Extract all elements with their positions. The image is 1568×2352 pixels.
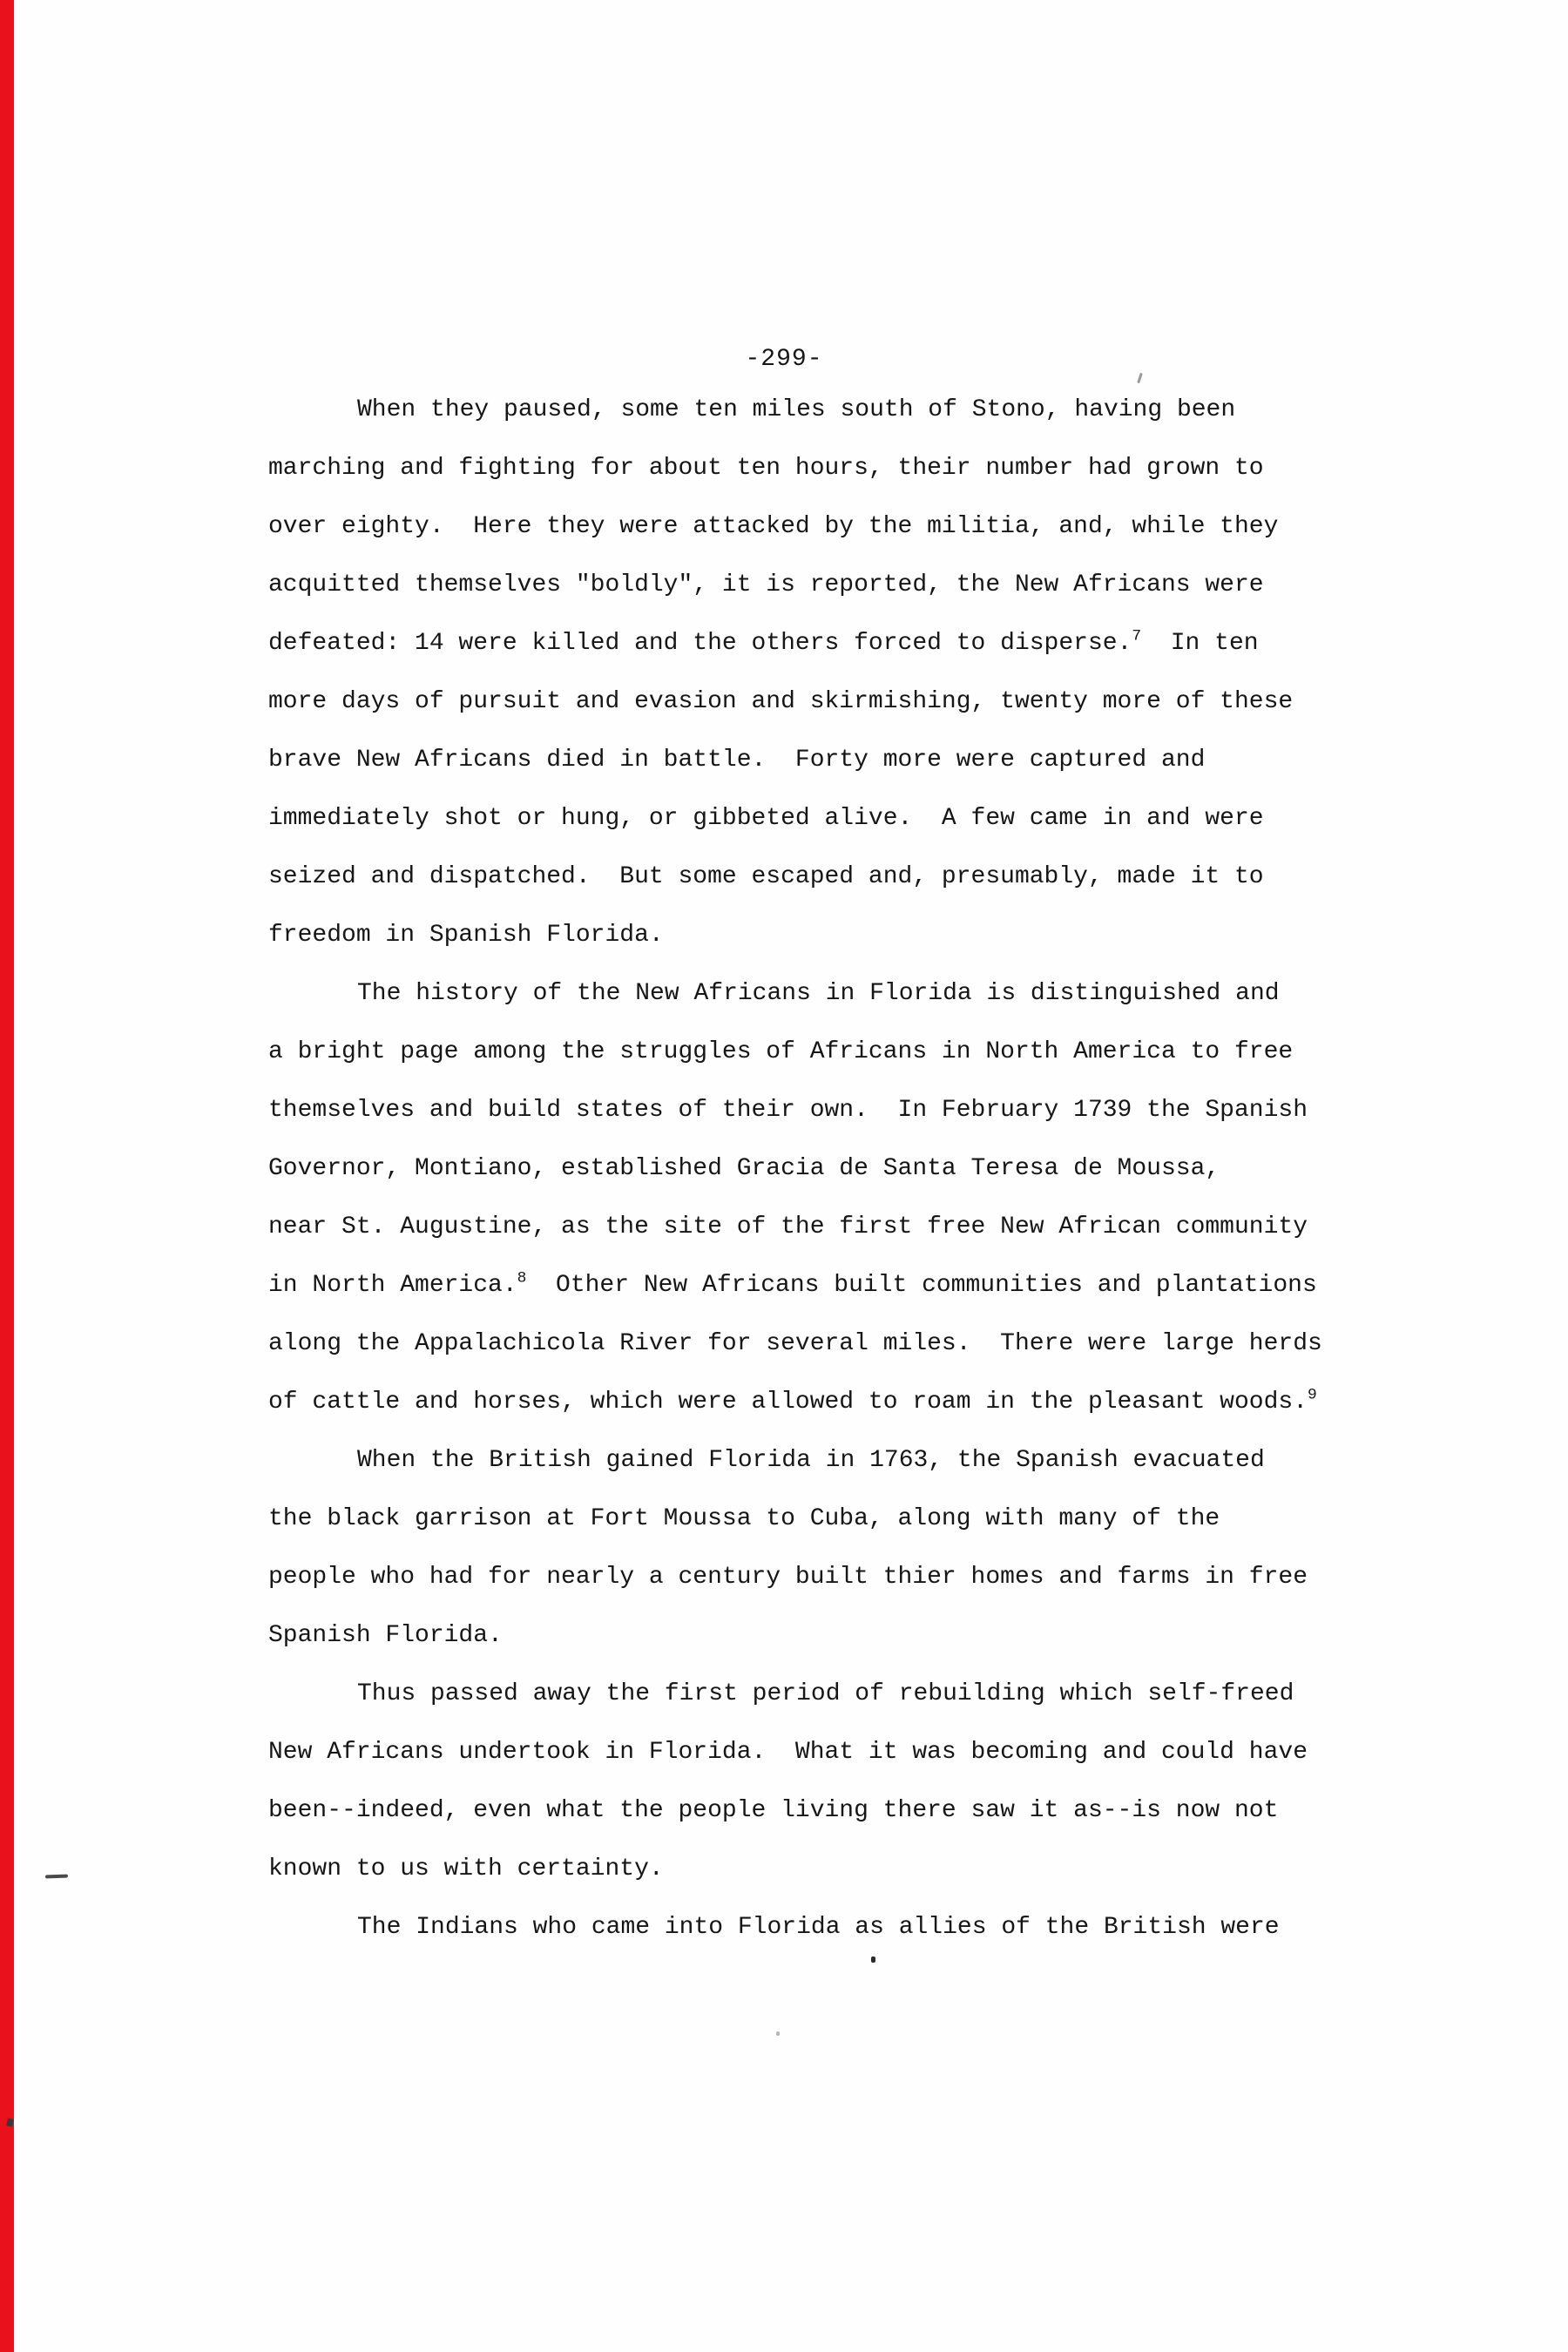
- text-line: a bright page among the struggles of Afr…: [268, 1023, 1401, 1081]
- text-line: defeated: 14 were killed and the others …: [268, 614, 1401, 672]
- text-line: of cattle and horses, which were allowed…: [268, 1373, 1401, 1431]
- text-line: in North America.8 Other New Africans bu…: [268, 1256, 1401, 1315]
- text-line: The Indians who came into Florida as all…: [268, 1898, 1401, 1957]
- scan-artifact-faint-dot: [776, 2031, 780, 2036]
- text-line: immediately shot or hung, or gibbeted al…: [268, 789, 1401, 848]
- text-line: Governor, Montiano, established Gracia d…: [268, 1139, 1401, 1198]
- text-line: When the British gained Florida in 1763,…: [268, 1431, 1401, 1490]
- text-line: marching and fighting for about ten hour…: [268, 439, 1401, 497]
- text-line: Spanish Florida.: [268, 1606, 1401, 1665]
- text-line: The history of the New Africans in Flori…: [268, 964, 1401, 1023]
- text-line: the black garrison at Fort Moussa to Cub…: [268, 1490, 1401, 1548]
- text-line: freedom in Spanish Florida.: [268, 906, 1401, 964]
- text-line: When they paused, some ten miles south o…: [268, 381, 1401, 439]
- text-line: known to us with certainty.: [268, 1840, 1401, 1898]
- scan-artifact-dot: [871, 1957, 875, 1963]
- page-number: -299-: [0, 345, 1568, 375]
- text-line: acquitted themselves "boldly", it is rep…: [268, 556, 1401, 614]
- scanned-document-page: -299- When they paused, some ten miles s…: [0, 0, 1568, 2352]
- scan-artifact-margin-dash: [45, 1875, 68, 1879]
- text-line: along the Appalachicola River for severa…: [268, 1315, 1401, 1373]
- text-line: New Africans undertook in Florida. What …: [268, 1723, 1401, 1781]
- text-line: themselves and build states of their own…: [268, 1081, 1401, 1139]
- text-line: brave New Africans died in battle. Forty…: [268, 731, 1401, 789]
- text-line: near St. Augustine, as the site of the f…: [268, 1198, 1401, 1256]
- footnote-reference: 7: [1132, 628, 1141, 645]
- text-line: been--indeed, even what the people livin…: [268, 1781, 1401, 1840]
- text-line: more days of pursuit and evasion and ski…: [268, 672, 1401, 731]
- text-line: seized and dispatched. But some escaped …: [268, 848, 1401, 906]
- text-line: Thus passed away the first period of reb…: [268, 1665, 1401, 1723]
- footnote-reference: 9: [1308, 1387, 1317, 1404]
- footnote-reference: 8: [517, 1270, 527, 1288]
- text-line: over eighty. Here they were attacked by …: [268, 497, 1401, 556]
- text-line: people who had for nearly a century buil…: [268, 1548, 1401, 1606]
- text-block: When they paused, some ten miles south o…: [268, 381, 1401, 1957]
